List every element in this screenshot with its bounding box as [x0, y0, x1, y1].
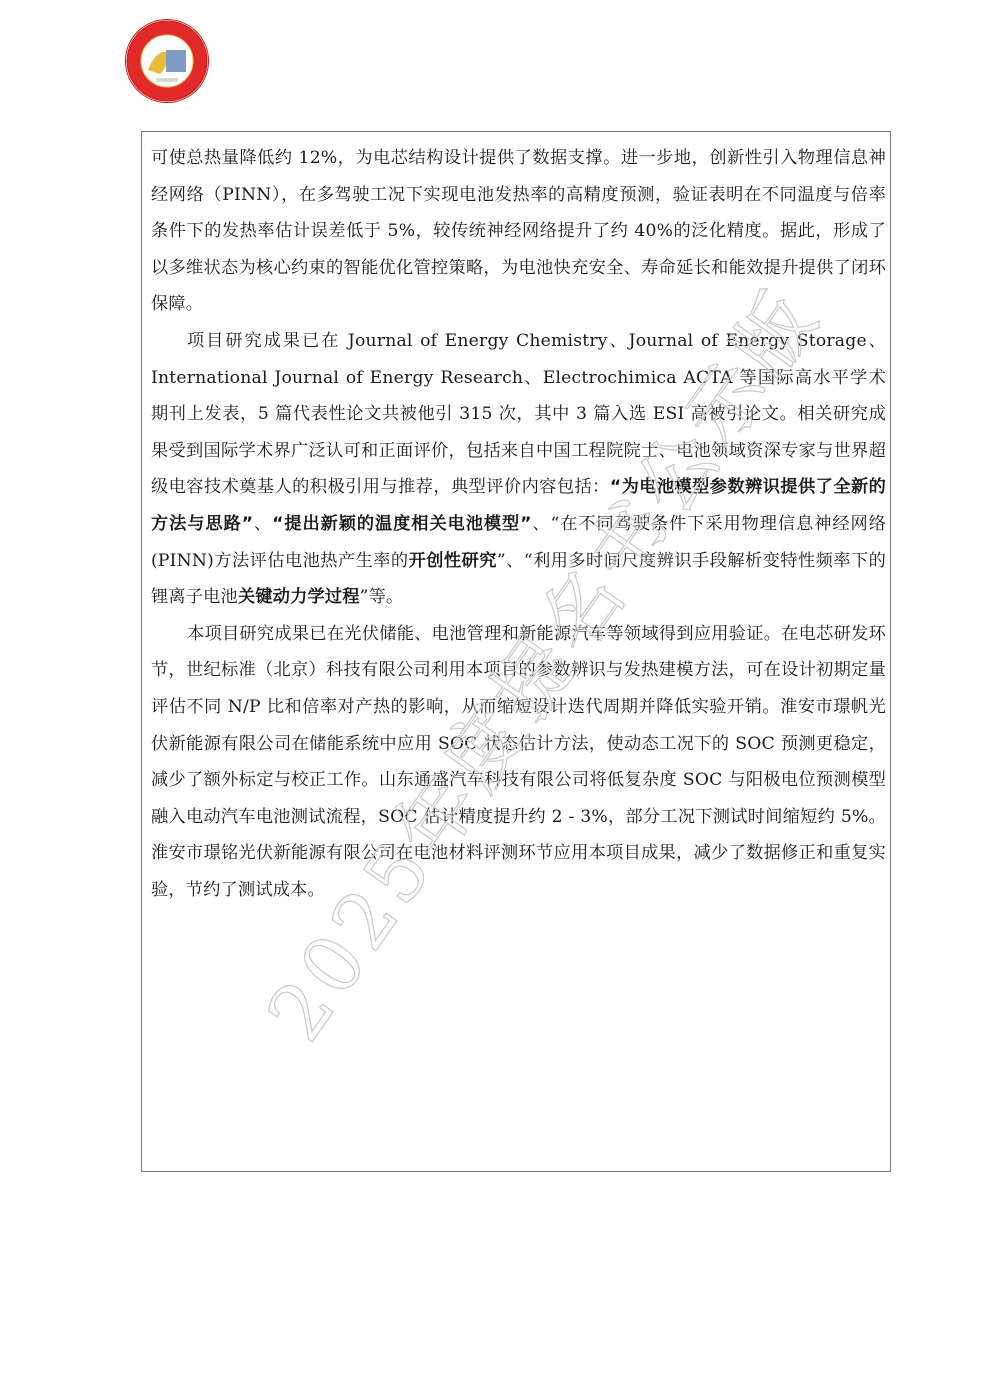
document-body: 可使总热量降低约 12%，为电芯结构设计提供了数据支撑。进一步地，创新性引入物理… [151, 140, 886, 908]
seal-logo-icon: 陕西省科学技术奖励工作办公室 [126, 20, 208, 102]
text-run: 本项目研究成果已在光伏储能、电池管理和新能源汽车等领域得到应用验证。在电芯研发环… [151, 624, 886, 900]
paragraph: 本项目研究成果已在光伏储能、电池管理和新能源汽车等领域得到应用验证。在电芯研发环… [151, 616, 886, 909]
bold-quote: 关键动力学过程 [238, 587, 360, 607]
paragraph: 项目研究成果已在 Journal of Energy Chemistry、Jou… [151, 323, 886, 616]
text-run: 可使总热量降低约 12%，为电芯结构设计提供了数据支撑。进一步地，创新性引入物理… [151, 148, 886, 314]
text-run: ”等。 [360, 587, 404, 607]
text-run: 、 [253, 514, 272, 534]
seal-ring-icon [126, 20, 208, 102]
text-run: 项目研究成果已在 Journal of Energy Chemistry、Jou… [151, 331, 886, 497]
paragraph: 可使总热量降低约 12%，为电芯结构设计提供了数据支撑。进一步地，创新性引入物理… [151, 140, 886, 323]
bold-quote: 开创性研究 [409, 551, 497, 571]
bold-quote: “提出新颖的温度相关电池模型” [272, 514, 532, 534]
